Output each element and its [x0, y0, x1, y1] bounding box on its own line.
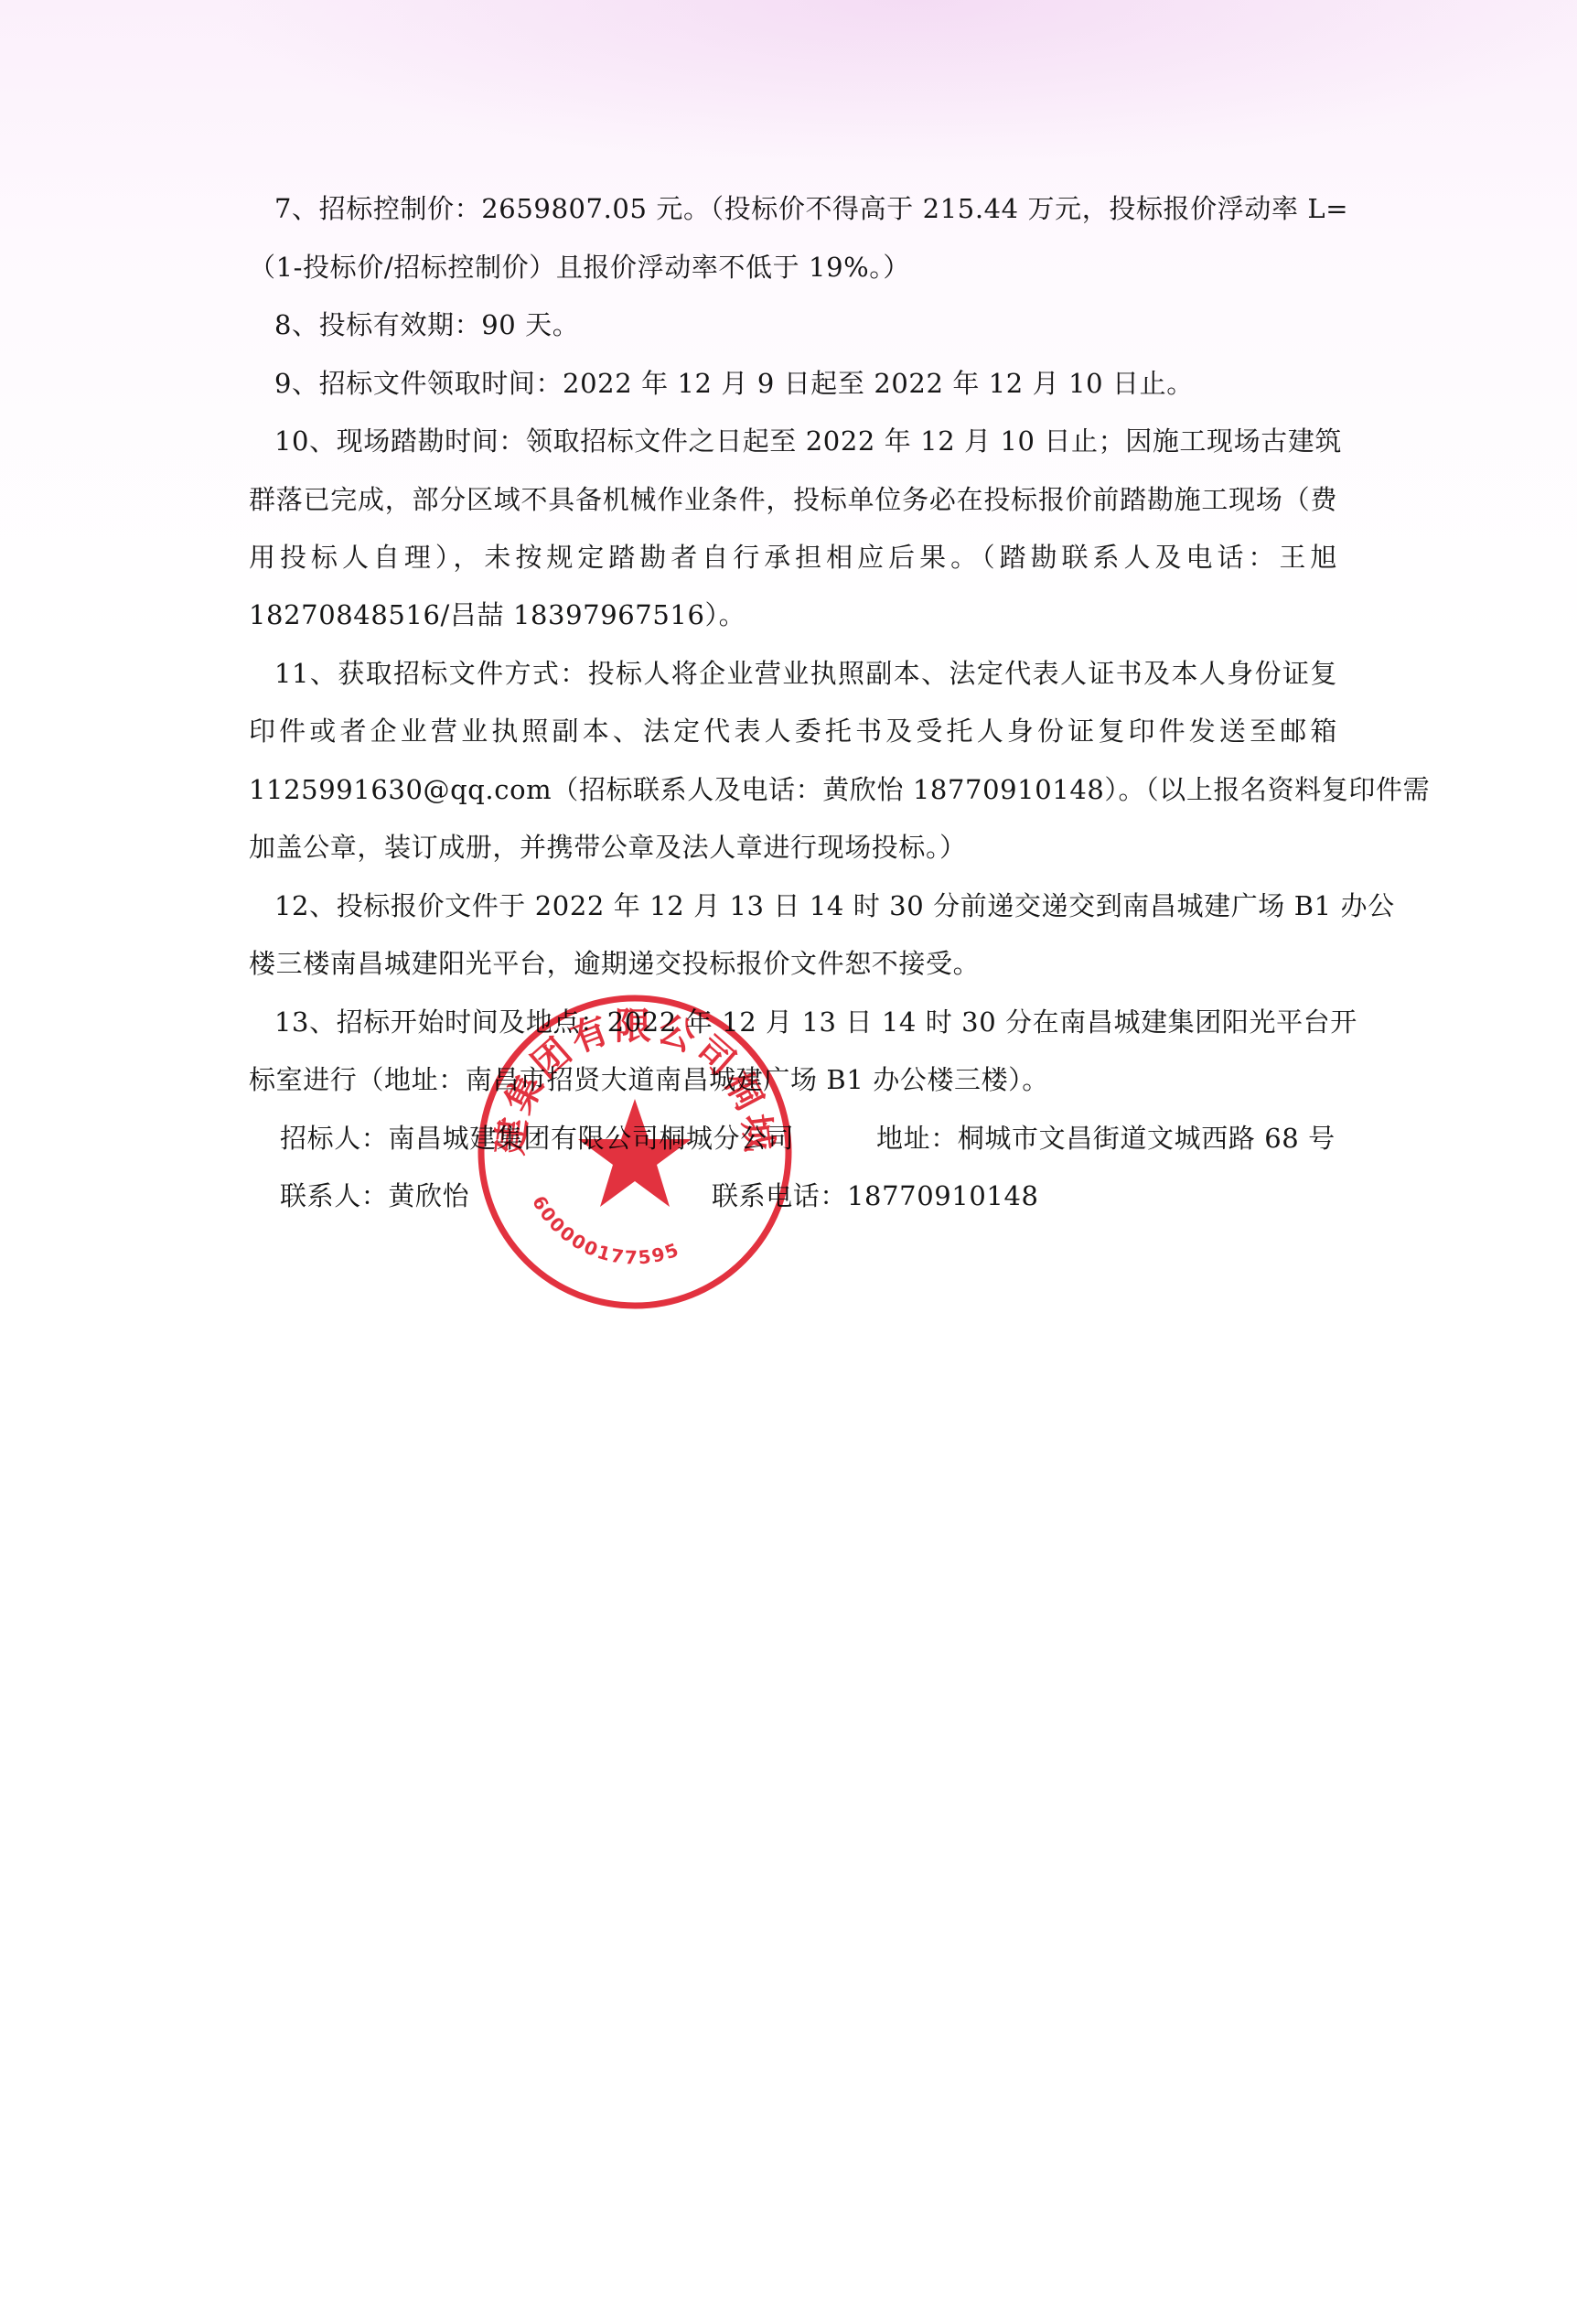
item-11-obtain-documents: 11、获取招标文件方式：投标人将企业营业执照副本、法定代表人证书及本人身份证复	[274, 653, 1337, 694]
item-8-bid-validity: 8、投标有效期：90 天。	[274, 305, 579, 345]
item-10-continuation-3: 18270848516/吕喆 18397967516）。	[249, 595, 746, 635]
contact-person: 联系人：黄欣怡	[280, 1176, 469, 1216]
item-11-continuation-2: 1125991630@qq.com（招标联系人及电话：黄欣怡 187709101…	[249, 769, 1337, 810]
tenderer-name: 招标人：南昌城建集团有限公司桐城分公司	[280, 1118, 794, 1158]
item-12-continuation: 楼三楼南昌城建阳光平台，逾期递交投标报价文件恕不接受。	[249, 943, 980, 984]
item-13-continuation: 标室进行（地址：南昌市招贤大道南昌城建广场 B1 办公楼三楼）。	[249, 1060, 1049, 1100]
item-11-continuation-3: 加盖公章，装订成册，并携带公章及法人章进行现场投标。）	[249, 827, 967, 867]
item-7-bid-control-price: 7、招标控制价：2659807.05 元。（投标价不得高于 215.44 万元，…	[274, 188, 1337, 229]
item-13-bid-opening: 13、招标开始时间及地点：2022 年 12 月 13 日 14 时 30 分在…	[274, 1002, 1337, 1042]
contact-phone: 联系电话：18770910148	[712, 1176, 1039, 1216]
item-9-document-collection-time: 9、招标文件领取时间：2022 年 12 月 9 日起至 2022 年 12 月…	[274, 363, 1194, 403]
item-10-continuation-1: 群落已完成，部分区域不具备机械作业条件，投标单位务必在投标报价前踏勘施工现场（费	[249, 479, 1337, 520]
item-11-continuation-1: 印件或者企业营业执照副本、法定代表人委托书及受托人身份证复印件发送至邮箱	[249, 711, 1337, 751]
item-10-continuation-2: 用投标人自理），未按规定踏勘者自行承担相应后果。（踏勘联系人及电话：王旭	[249, 537, 1337, 577]
tenderer-address: 地址：桐城市文昌街道文城西路 68 号	[876, 1118, 1336, 1158]
item-7-continuation: （1-投标价/招标控制价）且报价浮动率不低于 19%。）	[249, 247, 910, 287]
document-page: 7、招标控制价：2659807.05 元。（投标价不得高于 215.44 万元，…	[0, 0, 1577, 2324]
item-12-submission-deadline: 12、投标报价文件于 2022 年 12 月 13 日 14 时 30 分前递交…	[274, 886, 1337, 926]
item-10-site-visit-time: 10、现场踏勘时间：领取招标文件之日起至 2022 年 12 月 10 日止；因…	[274, 421, 1337, 461]
